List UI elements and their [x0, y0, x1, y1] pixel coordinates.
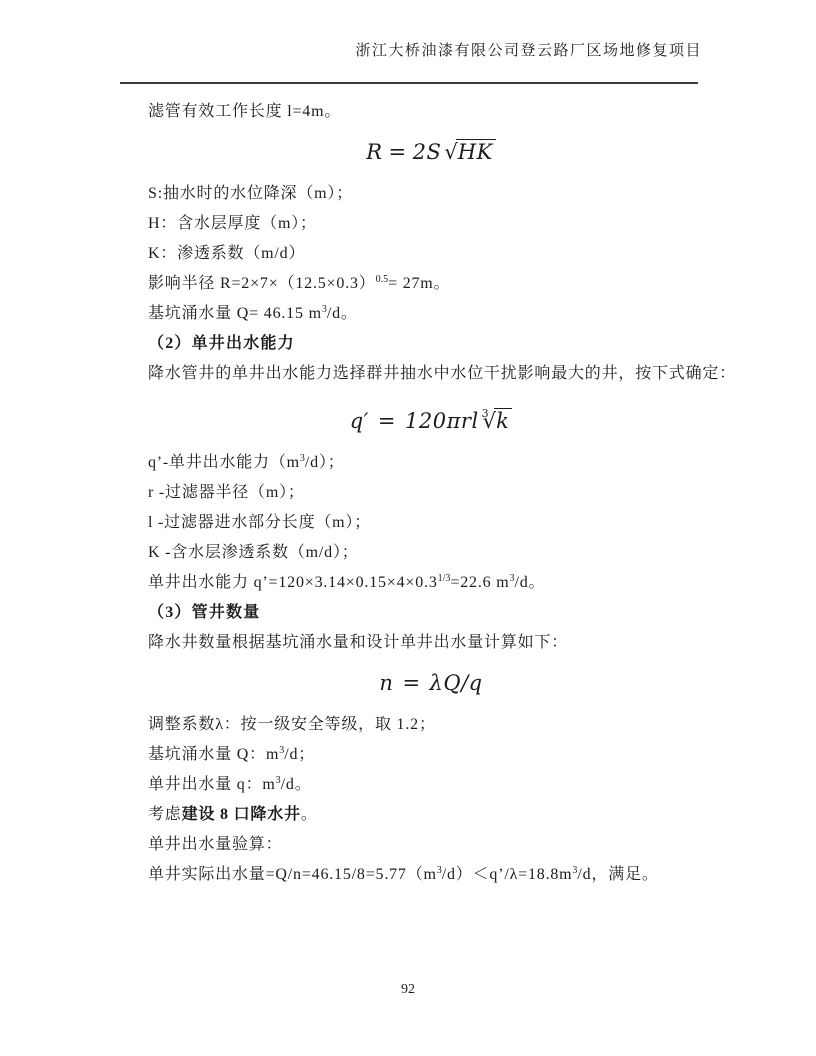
paragraph-text: =22.6 m	[450, 574, 509, 591]
paragraph-text: 降水井数量根据基坑涌水量和设计单井出水量计算如下：	[148, 634, 568, 651]
paragraph-k-definition: K：渗透系数（m/d）	[148, 239, 714, 269]
paragraph-text: 基坑涌水量 Q= 46.15 m	[148, 305, 322, 322]
paragraph-text: r -过滤器半径（m）；	[148, 484, 305, 501]
superscript: 0.5	[376, 274, 389, 285]
document-page: 浙江大桥油漆有限公司登云路厂区场地修复项目 滤管有效工作长度 l=4m。 R=2…	[0, 0, 816, 1056]
paragraph-text: q’-单井出水能力（m	[148, 454, 300, 471]
radicand: HK	[456, 139, 496, 164]
header-title: 浙江大桥油漆有限公司登云路厂区场地修复项目	[355, 43, 702, 59]
paragraph-text: 考虑	[148, 806, 182, 823]
formula-well-count: n=λQ/q	[148, 658, 714, 710]
paragraph-text: K：渗透系数（m/d）	[148, 245, 305, 262]
bold-text: 建设 8 口降水井	[182, 806, 301, 823]
paragraph-text: /d。	[327, 305, 358, 322]
formula-coefficient: 2S	[413, 140, 442, 164]
section-heading-2: （2）单井出水能力	[148, 329, 714, 359]
paragraph-text: = 27m。	[388, 275, 450, 292]
formula-lhs: q′	[350, 409, 369, 433]
paragraph-text: /d，满足。	[577, 866, 658, 883]
equals-sign: =	[402, 671, 420, 695]
page-number: 92	[401, 982, 415, 997]
equals-sign: =	[378, 409, 396, 433]
paragraph-filter-length: 滤管有效工作长度 l=4m。	[148, 97, 714, 127]
radical-expression: √HK	[444, 137, 495, 167]
paragraph-text: 降水管井的单井出水能力选择群井抽水中水位干扰影响最大的井，按下式确定：	[148, 365, 736, 382]
paragraph-text: /d。	[515, 574, 546, 591]
paragraph-text: K -含水层渗透系数（m/d）；	[148, 544, 359, 561]
paragraph-lambda-factor: 调整系数λ：按一级安全等级，取 1.2；	[148, 710, 714, 740]
paragraph-text: 单井出水能力 q’=120×3.14×0.15×4×0.3	[148, 574, 438, 591]
paragraph-r-definition: r -过滤器半径（m）；	[148, 478, 714, 508]
paragraph-l-definition: l -过滤器进水部分长度（m）；	[148, 508, 714, 538]
paragraph-text: /d）＜q’/λ=18.8m	[442, 866, 573, 883]
formula-lhs: n	[379, 671, 393, 695]
paragraph-pit-inflow: 基坑涌水量 Q= 46.15 m3/d。	[148, 299, 714, 329]
paragraph-text: H：含水层厚度（m）；	[148, 215, 317, 232]
page-footer: 92	[0, 982, 816, 998]
page-header: 浙江大桥油漆有限公司登云路厂区场地修复项目	[120, 40, 702, 62]
radicand: k	[494, 408, 512, 433]
paragraph-verification-title: 单井出水量验算：	[148, 830, 714, 860]
root-index: 3	[482, 407, 489, 420]
paragraph-text: 基坑涌水量 Q：m	[148, 746, 279, 763]
paragraph-well-count-intro: 降水井数量根据基坑涌水量和设计单井出水量计算如下：	[148, 628, 714, 658]
paragraph-text: /d）；	[305, 454, 345, 471]
paragraph-text: 。	[301, 806, 318, 823]
paragraph-text: /d。	[281, 776, 312, 793]
paragraph-text: 单井出水量 q：m	[148, 776, 276, 793]
equals-sign: =	[389, 140, 407, 164]
paragraph-text: S:抽水时的水位降深（m）；	[148, 185, 353, 202]
heading-text: （2）单井出水能力	[148, 335, 295, 352]
paragraph-influence-radius: 影响半径 R=2×7×（12.5×0.3）0.5= 27m。	[148, 269, 714, 299]
paragraph-inflow-q: 基坑涌水量 Q：m3/d；	[148, 740, 714, 770]
formula-lhs: R	[366, 140, 382, 164]
paragraph-h-definition: H：含水层厚度（m）；	[148, 209, 714, 239]
paragraph-text: 单井出水量验算：	[148, 836, 282, 853]
paragraph-q-definition: q’-单井出水能力（m3/d）；	[148, 448, 714, 478]
paragraph-k2-definition: K -含水层渗透系数（m/d）；	[148, 538, 714, 568]
formula-influence-radius: R=2S√HK	[148, 127, 714, 179]
document-body: 滤管有效工作长度 l=4m。 R=2S√HK S:抽水时的水位降深（m）； H：…	[148, 97, 714, 890]
heading-text: （3）管井数量	[148, 604, 260, 621]
formula-coefficient: 120πrl	[405, 409, 479, 433]
paragraph-text: 单井实际出水量=Q/n=46.15/8=5.77（m	[148, 866, 437, 883]
paragraph-single-well-intro: 降水管井的单井出水能力选择群井抽水中水位干扰影响最大的井，按下式确定：	[148, 359, 714, 389]
paragraph-outflow-q: 单井出水量 q：m3/d。	[148, 770, 714, 800]
paragraph-verification-calc: 单井实际出水量=Q/n=46.15/8=5.77（m3/d）＜q’/λ=18.8…	[148, 860, 714, 890]
paragraph-text: 影响半径 R=2×7×（12.5×0.3）	[148, 275, 376, 292]
paragraph-text: 滤管有效工作长度 l=4m。	[148, 103, 341, 120]
paragraph-text: 调整系数λ：按一级安全等级，取 1.2；	[148, 716, 436, 733]
formula-rhs: λQ/q	[430, 671, 483, 695]
paragraph-s-definition: S:抽水时的水位降深（m）；	[148, 179, 714, 209]
header-divider	[120, 82, 698, 84]
paragraph-text: l -过滤器进水部分长度（m）；	[148, 514, 371, 531]
formula-single-well-capacity: q′=120πrl3√k	[148, 389, 714, 448]
paragraph-text: /d；	[284, 746, 315, 763]
section-heading-3: （3）管井数量	[148, 598, 714, 628]
paragraph-q-calculation: 单井出水能力 q’=120×3.14×0.15×4×0.31/3=22.6 m3…	[148, 568, 714, 598]
superscript: 1/3	[438, 573, 451, 584]
radical-expression: 3√k	[482, 399, 513, 436]
paragraph-consider-wells: 考虑建设 8 口降水井。	[148, 800, 714, 830]
